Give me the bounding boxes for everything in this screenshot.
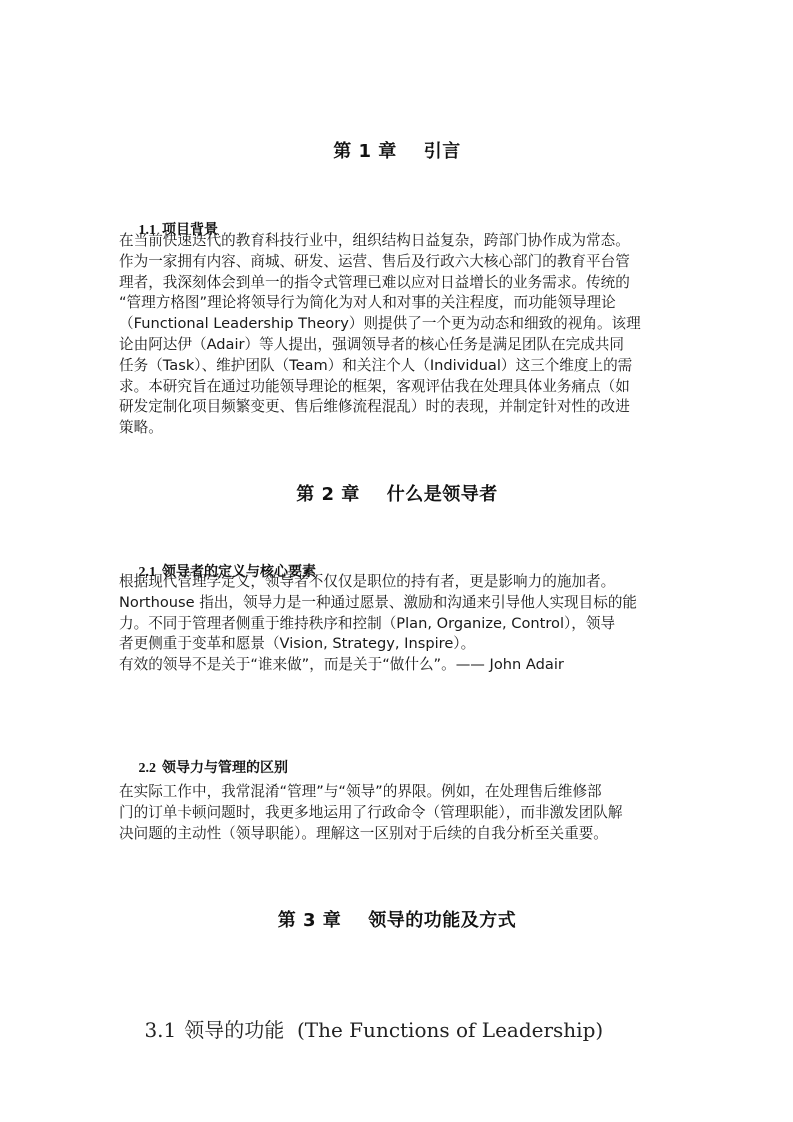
text-line: 求。本研究旨在通过功能领导理论的框架，客观评估我在处理具体业务痛点（如 xyxy=(119,377,675,398)
text-line: “管理方格图”理论将领导行为简化为对人和对事的关注程度，而功能领导理论 xyxy=(119,293,675,314)
section-number: 2.2 xyxy=(139,761,157,776)
section-2-2-paragraph: 在实际工作中，我常混淆“管理”与“领导”的界限。例如，在处理售后维修部 门的订单… xyxy=(119,782,675,844)
text-line: 在实际工作中，我常混淆“管理”与“领导”的界限。例如，在处理售后维修部 xyxy=(119,782,675,803)
text-line: 论由阿达伊（Adair）等人提出，强调领导者的核心任务是满足团队在完成共同 xyxy=(119,335,675,356)
text-line: 理者，我深刻体会到单一的指令式管理已难以应对日益增长的业务需求。传统的 xyxy=(119,273,675,294)
section-2-1-paragraph: 根据现代管理学定义，领导者不仅仅是职位的持有者，更是影响力的施加者。 North… xyxy=(119,572,675,676)
chapter-3-title: 第 3 章 领导的功能及方式 xyxy=(119,906,675,932)
text-line: （Functional Leadership Theory）则提供了一个更为动态… xyxy=(119,314,675,335)
chapter-1-title: 第 1 章 引言 xyxy=(119,137,675,163)
text-line: 根据现代管理学定义，领导者不仅仅是职位的持有者，更是影响力的施加者。 xyxy=(119,572,675,593)
text-line: 任务（Task）、维护团队（Team）和关注个人（Individual）这三个维… xyxy=(119,356,675,377)
text-line: 作为一家拥有内容、商城、研发、运营、售后及行政六大核心部门的教育平台管 xyxy=(119,252,675,273)
quote-line: 有效的领导不是关于“谁来做”，而是关于“做什么”。—— John Adair xyxy=(119,655,675,676)
section-number: 3.1 xyxy=(144,1018,176,1042)
text-line: 者更侧重于变革和愿景（Vision, Strategy, Inspire）。 xyxy=(119,634,675,655)
section-1-1-paragraph: 在当前快速迭代的教育科技行业中，组织结构日益复杂，跨部门协作成为常态。 作为一家… xyxy=(119,231,675,439)
section-title: 领导的功能 (The Functions of Leadership) xyxy=(184,1018,603,1042)
text-line: 策略。 xyxy=(119,418,675,439)
section-3-1-heading: 3.1领导的功能 (The Functions of Leadership) xyxy=(119,990,603,1067)
text-line: 研发定制化项目频繁变更、售后维修流程混乱）时的表现，并制定针对性的改进 xyxy=(119,397,675,418)
text-line: 决问题的主动性（领导职能）。理解这一区别对于后续的自我分析至关重要。 xyxy=(119,824,675,845)
text-line: 门的订单卡顿问题时，我更多地运用了行政命令（管理职能），而非激发团队解 xyxy=(119,803,675,824)
chapter-2-title: 第 2 章 什么是领导者 xyxy=(119,480,675,506)
text-line: Northouse 指出，领导力是一种通过愿景、激励和沟通来引导他人实现目标的能 xyxy=(119,593,675,614)
text-line: 力。不同于管理者侧重于维持秩序和控制（Plan, Organize, Contr… xyxy=(119,614,675,635)
text-line: 在当前快速迭代的教育科技行业中，组织结构日益复杂，跨部门协作成为常态。 xyxy=(119,231,675,252)
section-title: 领导力与管理的区别 xyxy=(162,760,288,776)
